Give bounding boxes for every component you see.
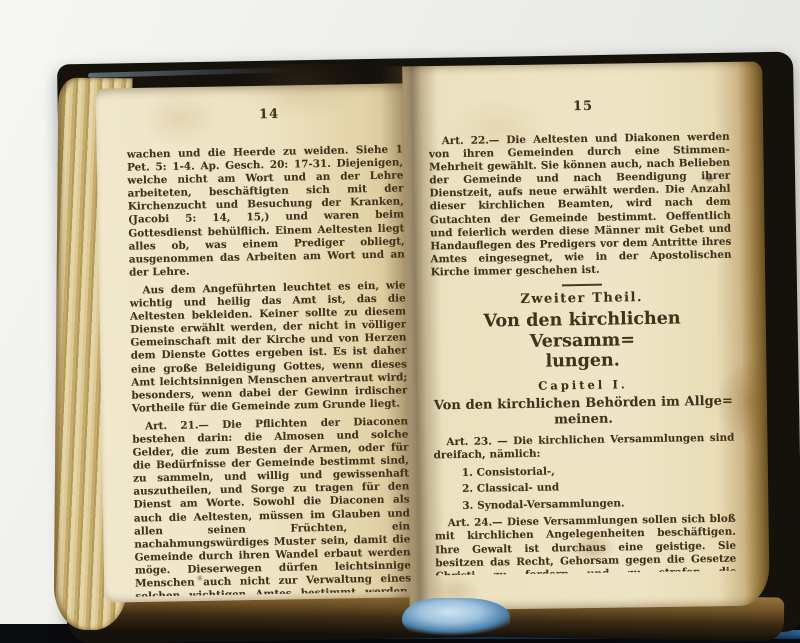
paragraph-commentary: Aus dem Angeführten leuchtet es ein, wie…: [129, 279, 407, 415]
section-divider-rule: [561, 284, 601, 287]
main-heading-line-2: lungen.: [432, 349, 733, 374]
left-page-text: wachen und die Heerde zu weiden. Siehe 1…: [127, 143, 412, 596]
chapter-heading: Capitel I.: [432, 377, 733, 395]
main-heading-line-1: Von den kirchlichen Versamm=: [431, 308, 733, 354]
table-blue-patch: [402, 598, 510, 638]
part-heading: Zweiter Theil.: [431, 290, 732, 308]
book-photo: 14 wachen und die Heerde zu weiden. Sieh…: [0, 0, 800, 643]
assembly-types-list: 1. Consistorial-, 2. Classical- und 3. S…: [434, 460, 736, 514]
list-item-synodal: 3. Synodal-Versammlungen.: [462, 493, 735, 514]
paragraph-continuation: wachen und die Heerde zu weiden. Siehe 1…: [127, 143, 405, 279]
right-page-text: Art. 22.— Die Aeltesten und Diakonen wer…: [429, 131, 737, 576]
paragraph-art-24: Art. 24.— Diese Versammlungen sollen sic…: [435, 513, 737, 575]
paragraph-art-23: Art. 23. — Die kirchlichen Versammlungen…: [433, 431, 734, 462]
paragraph-art-22: Art. 22.— Die Aeltesten und Diakonen wer…: [429, 131, 732, 280]
paragraph-art-21: Art. 21.— Die Pflichten der Diaconen bes…: [132, 415, 411, 596]
